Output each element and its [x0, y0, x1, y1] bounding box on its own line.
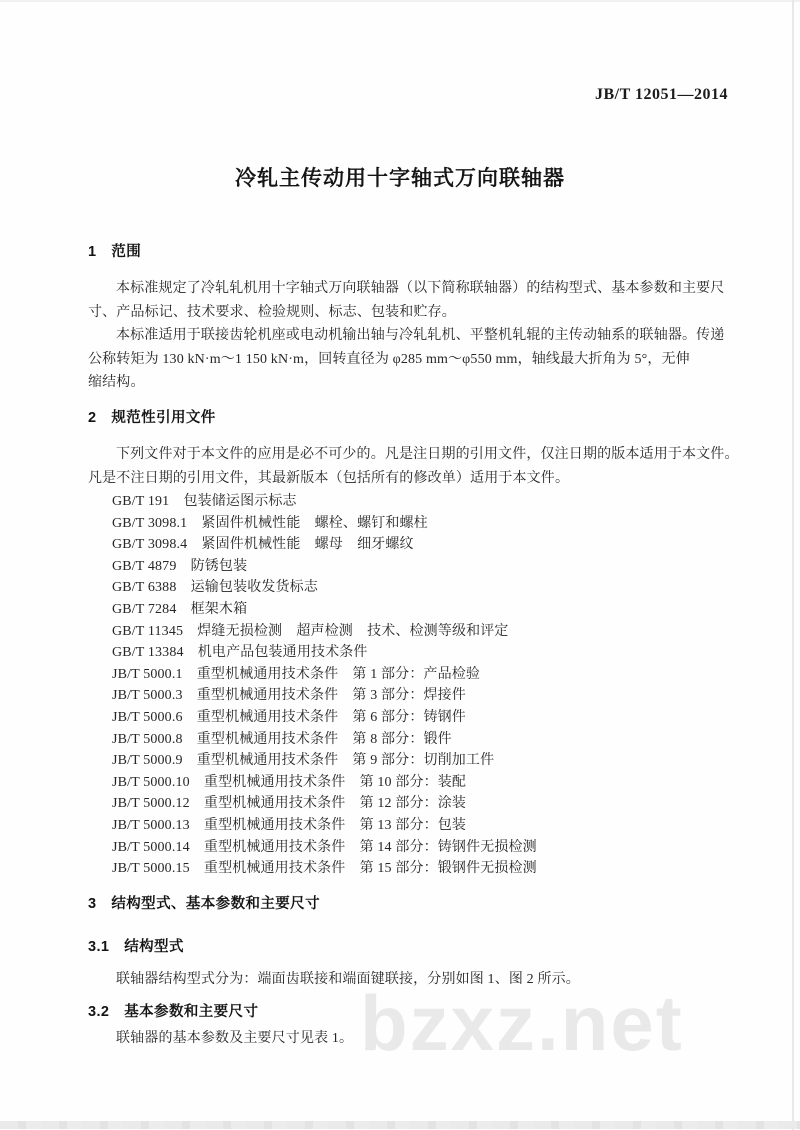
section-3-2-paragraph: 联轴器的基本参数及主要尺寸见表 1。 — [88, 1027, 748, 1051]
reference-item: GB/T 11345 焊缝无损检测 超声检测 技术、检测等级和评定 — [112, 621, 752, 643]
scope-paragraph-2: 本标准适用于联接齿轮机座或电动机输出轴与冷轧轧机、平整机轧辊的主传动轴系的联轴器… — [88, 324, 748, 395]
section-3-1-heading: 3.1 结构型式 — [88, 935, 184, 956]
references-intro-paragraph: 下列文件对于本文件的应用是必不可少的。凡是注日期的引用文件，仅注日期的版本适用于… — [88, 443, 748, 490]
text-line: 本标准规定了冷轧轧机用十字轴式万向联轴器（以下简称联轴器）的结构型式、基本参数和… — [88, 277, 748, 301]
reference-item: GB/T 3098.4 紧固件机械性能 螺母 细牙螺纹 — [112, 534, 752, 556]
references-list: GB/T 191 包装储运图示标志GB/T 3098.1 紧固件机械性能 螺栓、… — [112, 491, 752, 880]
text-line: 缩结构。 — [88, 371, 748, 395]
scope-paragraph-1: 本标准规定了冷轧轧机用十字轴式万向联轴器（以下简称联轴器）的结构型式、基本参数和… — [88, 277, 748, 324]
document-title: 冷轧主传动用十字轴式万向联轴器 — [0, 162, 800, 192]
reference-item: JB/T 5000.10 重型机械通用技术条件 第 10 部分：装配 — [112, 772, 752, 794]
reference-item: GB/T 7284 框架木箱 — [112, 599, 752, 621]
standard-code: JB/T 12051—2014 — [595, 86, 728, 104]
reference-item: GB/T 13384 机电产品包装通用技术条件 — [112, 642, 752, 664]
reference-item: JB/T 5000.12 重型机械通用技术条件 第 12 部分：涂装 — [112, 793, 752, 815]
reference-item: GB/T 3098.1 紧固件机械性能 螺栓、螺钉和螺柱 — [112, 513, 752, 535]
page-content: JB/T 12051—2014 冷轧主传动用十字轴式万向联轴器 1 范围 本标准… — [0, 0, 800, 1130]
section-3-2-heading: 3.2 基本参数和主要尺寸 — [88, 1000, 258, 1021]
reference-item: GB/T 6388 运输包装收发货标志 — [112, 577, 752, 599]
section-3-heading: 3 结构型式、基本参数和主要尺寸 — [88, 892, 320, 913]
reference-item: JB/T 5000.6 重型机械通用技术条件 第 6 部分：铸钢件 — [112, 707, 752, 729]
reference-item: JB/T 5000.9 重型机械通用技术条件 第 9 部分：切削加工件 — [112, 750, 752, 772]
reference-item: JB/T 5000.14 重型机械通用技术条件 第 14 部分：铸钢件无损检测 — [112, 837, 752, 859]
reference-item: JB/T 5000.13 重型机械通用技术条件 第 13 部分：包装 — [112, 815, 752, 837]
text-line: 公称转矩为 130 kN·m～1 150 kN·m，回转直径为 φ285 mm～… — [88, 348, 748, 372]
section-3-1-paragraph: 联轴器结构型式分为：端面齿联接和端面键联接，分别如图 1、图 2 所示。 — [88, 968, 748, 992]
text-line: 下列文件对于本文件的应用是必不可少的。凡是注日期的引用文件，仅注日期的版本适用于… — [88, 443, 748, 467]
reference-item: GB/T 4879 防锈包装 — [112, 556, 752, 578]
text-line: 本标准适用于联接齿轮机座或电动机输出轴与冷轧轧机、平整机轧辊的主传动轴系的联轴器… — [88, 324, 748, 348]
section-2-heading: 2 规范性引用文件 — [88, 406, 216, 427]
reference-item: JB/T 5000.8 重型机械通用技术条件 第 8 部分：锻件 — [112, 729, 752, 751]
text-line: 寸、产品标记、技术要求、检验规则、标志、包装和贮存。 — [88, 301, 748, 325]
document-page: bzxz.net JB/T 12051—2014 冷轧主传动用十字轴式万向联轴器… — [0, 0, 800, 1130]
reference-item: JB/T 5000.15 重型机械通用技术条件 第 15 部分：锻钢件无损检测 — [112, 858, 752, 880]
reference-item: GB/T 191 包装储运图示标志 — [112, 491, 752, 513]
reference-item: JB/T 5000.3 重型机械通用技术条件 第 3 部分：焊接件 — [112, 685, 752, 707]
text-line: 联轴器结构型式分为：端面齿联接和端面键联接，分别如图 1、图 2 所示。 — [88, 968, 748, 992]
section-1-heading: 1 范围 — [88, 240, 141, 261]
text-line: 凡是不注日期的引用文件，其最新版本（包括所有的修改单）适用于本文件。 — [88, 467, 748, 491]
text-line: 联轴器的基本参数及主要尺寸见表 1。 — [88, 1027, 748, 1051]
reference-item: JB/T 5000.1 重型机械通用技术条件 第 1 部分：产品检验 — [112, 664, 752, 686]
